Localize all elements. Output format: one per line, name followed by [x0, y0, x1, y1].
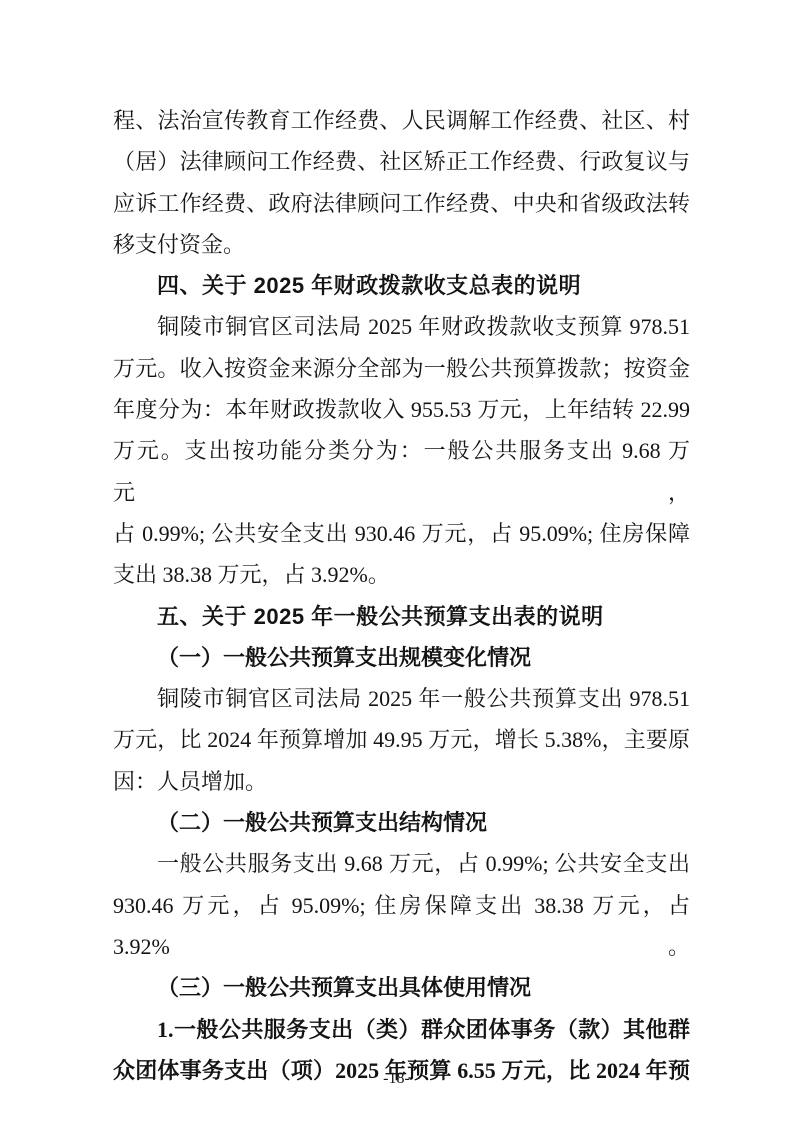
text-line: （三）一般公共预算支出具体使用情况	[113, 967, 690, 1008]
page-number: -18-	[383, 1070, 410, 1087]
text-line: 年度分为：本年财政拨款收入 955.53 万元，上年结转 22.99	[113, 389, 690, 430]
document-page: 程、法治宣传教育工作经费、人民调解工作经费、社区、村（居）法律顾问工作经费、社区…	[0, 0, 793, 1122]
text-line: 应诉工作经费、政府法律顾问工作经费、中央和省级政法转	[113, 183, 690, 224]
text-line: 五、关于 2025 年一般公共预算支出表的说明	[113, 596, 690, 637]
paragraph-4: （一）一般公共预算支出规模变化情况	[113, 637, 690, 678]
text-line: （一）一般公共预算支出规模变化情况	[113, 637, 690, 678]
text-line: 铜陵市铜官区司法局 2025 年财政拨款收支预算 978.51	[113, 306, 690, 347]
document-content: 程、法治宣传教育工作经费、人民调解工作经费、社区、村（居）法律顾问工作经费、社区…	[113, 100, 690, 1091]
text-line: 铜陵市铜官区司法局 2025 年一般公共预算支出 978.51	[113, 678, 690, 719]
text-line: 930.46 万元，占 95.09%; 住房保障支出 38.38 万元，占 3.…	[113, 885, 690, 968]
text-line: 万元。收入按资金来源分全部为一般公共预算拨款；按资金	[113, 348, 690, 389]
paragraph-2: 铜陵市铜官区司法局 2025 年财政拨款收支预算 978.51万元。收入按资金来…	[113, 306, 690, 595]
text-line: 占 0.99%; 公共安全支出 930.46 万元，占 95.09%; 住房保障	[113, 513, 690, 554]
text-line: 四、关于 2025 年财政拨款收支总表的说明	[113, 265, 690, 306]
text-line: 一般公共服务支出 9.68 万元，占 0.99%; 公共安全支出	[113, 843, 690, 884]
text-line: 因：人员增加。	[113, 761, 690, 802]
text-line: 支出 38.38 万元，占 3.92%。	[113, 554, 690, 595]
text-line: （二）一般公共预算支出结构情况	[113, 802, 690, 843]
page-footer: -18-	[0, 1068, 793, 1090]
paragraph-5: 铜陵市铜官区司法局 2025 年一般公共预算支出 978.51万元，比 2024…	[113, 678, 690, 802]
text-line: （居）法律顾问工作经费、社区矫正工作经费、行政复议与	[113, 141, 690, 182]
paragraph-3: 五、关于 2025 年一般公共预算支出表的说明	[113, 596, 690, 637]
paragraph-7: 一般公共服务支出 9.68 万元，占 0.99%; 公共安全支出930.46 万…	[113, 843, 690, 967]
text-line: 万元，比 2024 年预算增加 49.95 万元，增长 5.38%，主要原	[113, 719, 690, 760]
text-line: 移支付资金。	[113, 224, 690, 265]
text-line: 万元。支出按功能分类分为：一般公共服务支出 9.68 万元，	[113, 430, 690, 513]
paragraph-1: 四、关于 2025 年财政拨款收支总表的说明	[113, 265, 690, 306]
paragraph-0: 程、法治宣传教育工作经费、人民调解工作经费、社区、村（居）法律顾问工作经费、社区…	[113, 100, 690, 265]
text-line: 程、法治宣传教育工作经费、人民调解工作经费、社区、村	[113, 100, 690, 141]
paragraph-6: （二）一般公共预算支出结构情况	[113, 802, 690, 843]
paragraph-8: （三）一般公共预算支出具体使用情况	[113, 967, 690, 1008]
text-line: 1.一般公共服务支出（类）群众团体事务（款）其他群	[113, 1009, 690, 1050]
